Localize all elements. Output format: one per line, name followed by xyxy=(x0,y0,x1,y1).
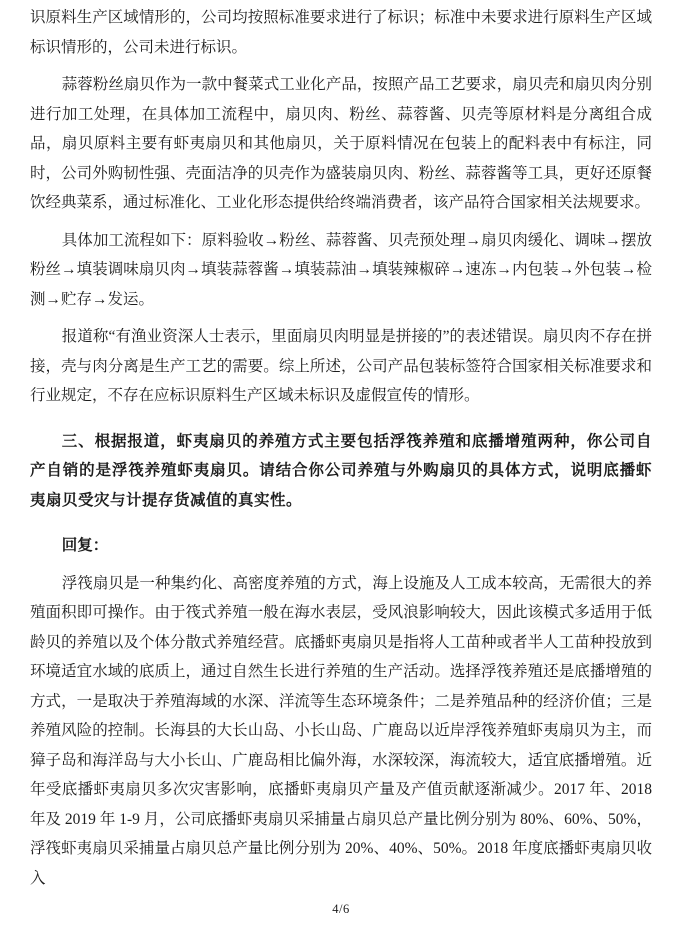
page-number: 4/6 xyxy=(30,901,652,917)
paragraph-report-rebuttal: 报道称“有渔业资深人士表示，里面扇贝肉明显是拼接的”的表述错误。扇贝肉不存在拼接… xyxy=(30,322,652,411)
reply-label: 回复： xyxy=(30,531,652,561)
paragraph-continuation: 识原料生产区域情形的，公司均按照标准要求进行了标识；标准中未要求进行原料生产区域… xyxy=(30,3,652,62)
paragraph-product-description: 蒜蓉粉丝扇贝作为一款中餐菜式工业化产品，按照产品工艺要求，扇贝壳和扇贝肉分别进行… xyxy=(30,70,652,218)
document-page: 识原料生产区域情形的，公司均按照标准要求进行了标识；标准中未要求进行原料生产区域… xyxy=(0,0,680,941)
paragraph-reply-body: 浮筏扇贝是一种集约化、高密度养殖的方式，海上设施及人工成本较高，无需很大的养殖面… xyxy=(30,569,652,894)
paragraph-process-flow: 具体加工流程如下：原料验收→粉丝、蒜蓉酱、贝壳预处理→扇贝肉缓化、调味→摆放粉丝… xyxy=(30,226,652,315)
paragraph-question-3: 三、根据报道，虾夷扇贝的养殖方式主要包括浮筏养殖和底播增殖两种，你公司自产自销的… xyxy=(30,427,652,516)
